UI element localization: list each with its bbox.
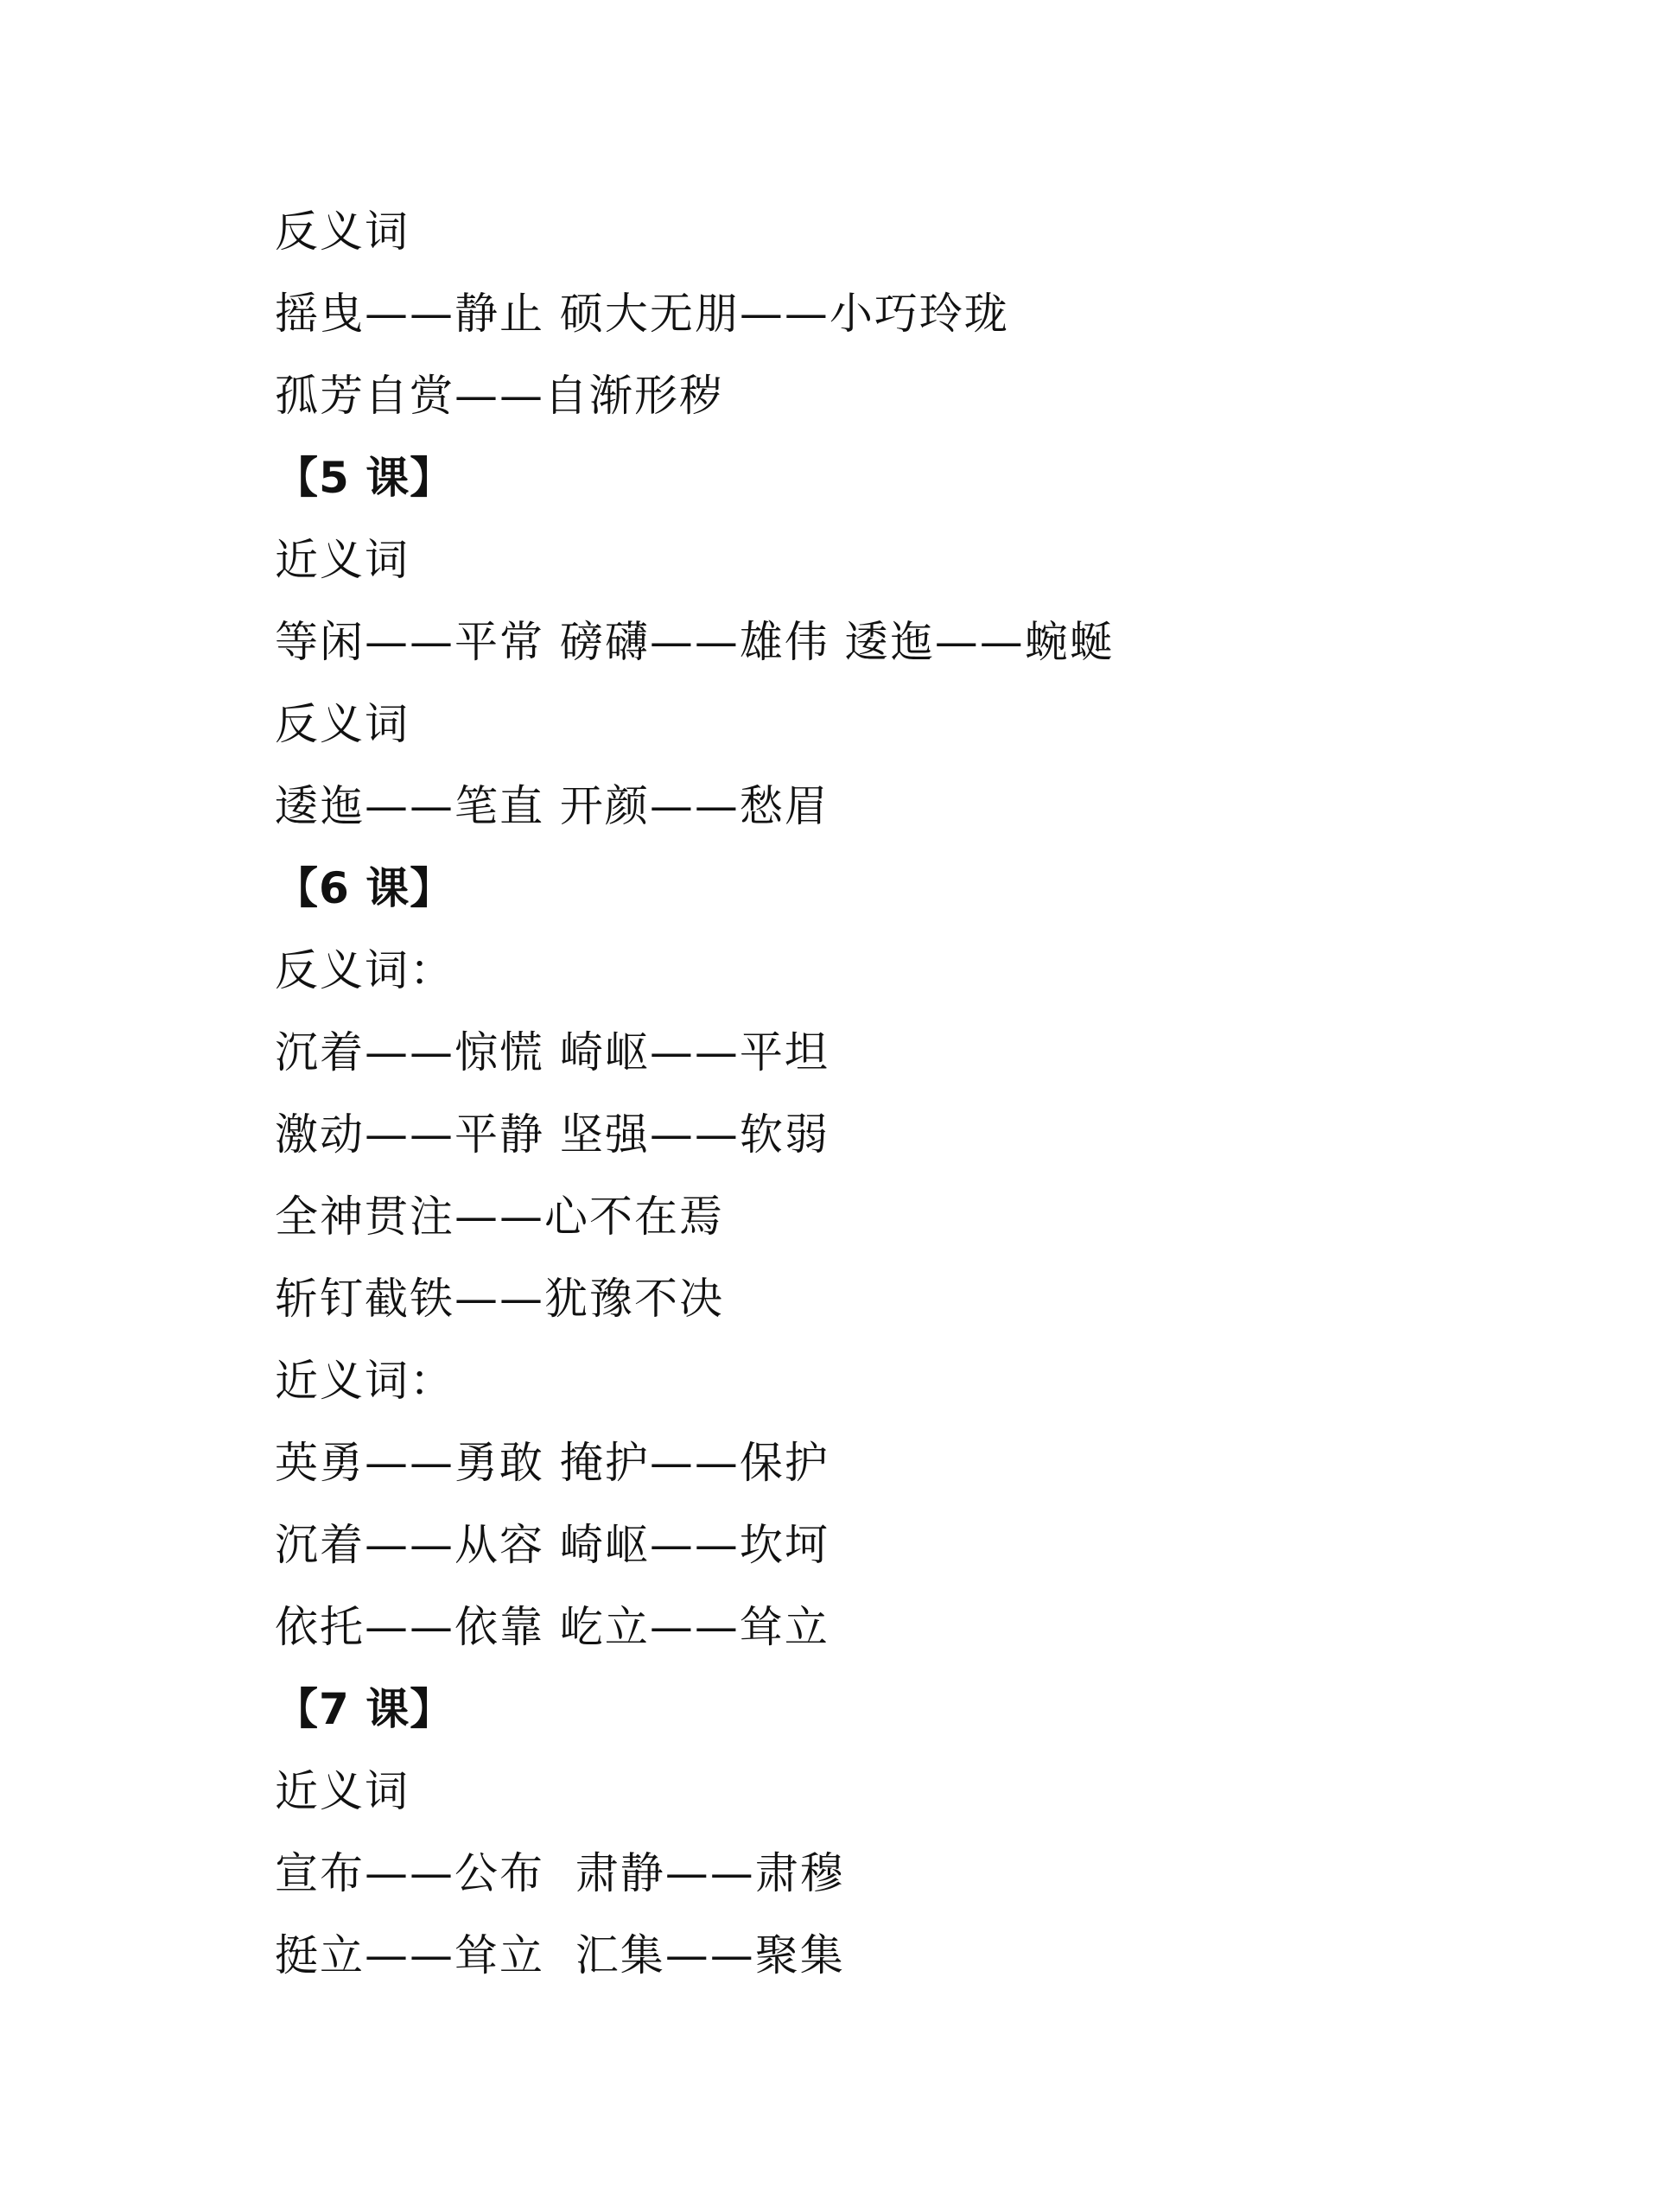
lesson-5-heading: 【5 课】 bbox=[275, 437, 1555, 519]
word-pairs-line: 沉着——惊慌 崎岖——平坦 bbox=[275, 1012, 1555, 1094]
synonyms-label-lesson7: 近义词 bbox=[275, 1751, 1555, 1833]
document-page: 反义词 摇曳——静止 硕大无朋——小巧玲珑 孤芳自赏——自渐形秽 【5 课】 近… bbox=[0, 0, 1659, 2212]
word-pairs-line: 逶迤——笔直 开颜——愁眉 bbox=[275, 766, 1555, 848]
antonyms-label-lesson4: 反义词 bbox=[275, 191, 1555, 273]
word-pairs-line: 挺立——耸立 汇集——聚集 bbox=[275, 1915, 1555, 1997]
word-pairs-line: 依托——依靠 屹立——耸立 bbox=[275, 1586, 1555, 1669]
word-pairs-line: 孤芳自赏——自渐形秽 bbox=[275, 355, 1555, 437]
lesson-6-heading: 【6 课】 bbox=[275, 848, 1555, 930]
word-pairs-line: 全神贯注——心不在焉 bbox=[275, 1176, 1555, 1258]
word-pairs-line: 激动——平静 坚强——软弱 bbox=[275, 1094, 1555, 1176]
word-pairs-line: 宣布——公布 肃静——肃穆 bbox=[275, 1833, 1555, 1915]
antonyms-label-lesson6: 反义词： bbox=[275, 930, 1555, 1012]
word-pairs-line: 等闲——平常 磅礴——雄伟 逶迤——蜿蜒 bbox=[275, 601, 1555, 683]
word-pairs-line: 摇曳——静止 硕大无朋——小巧玲珑 bbox=[275, 273, 1555, 355]
lesson-7-heading: 【7 课】 bbox=[275, 1669, 1555, 1751]
antonyms-label-lesson5: 反义词 bbox=[275, 683, 1555, 766]
word-pairs-line: 沉着——从容 崎岖——坎坷 bbox=[275, 1504, 1555, 1586]
word-pairs-line: 英勇——勇敢 掩护——保护 bbox=[275, 1422, 1555, 1504]
word-pairs-line: 斩钉截铁——犹豫不决 bbox=[275, 1258, 1555, 1340]
synonyms-label-lesson5: 近义词 bbox=[275, 519, 1555, 601]
synonyms-label-lesson6: 近义词： bbox=[275, 1340, 1555, 1422]
